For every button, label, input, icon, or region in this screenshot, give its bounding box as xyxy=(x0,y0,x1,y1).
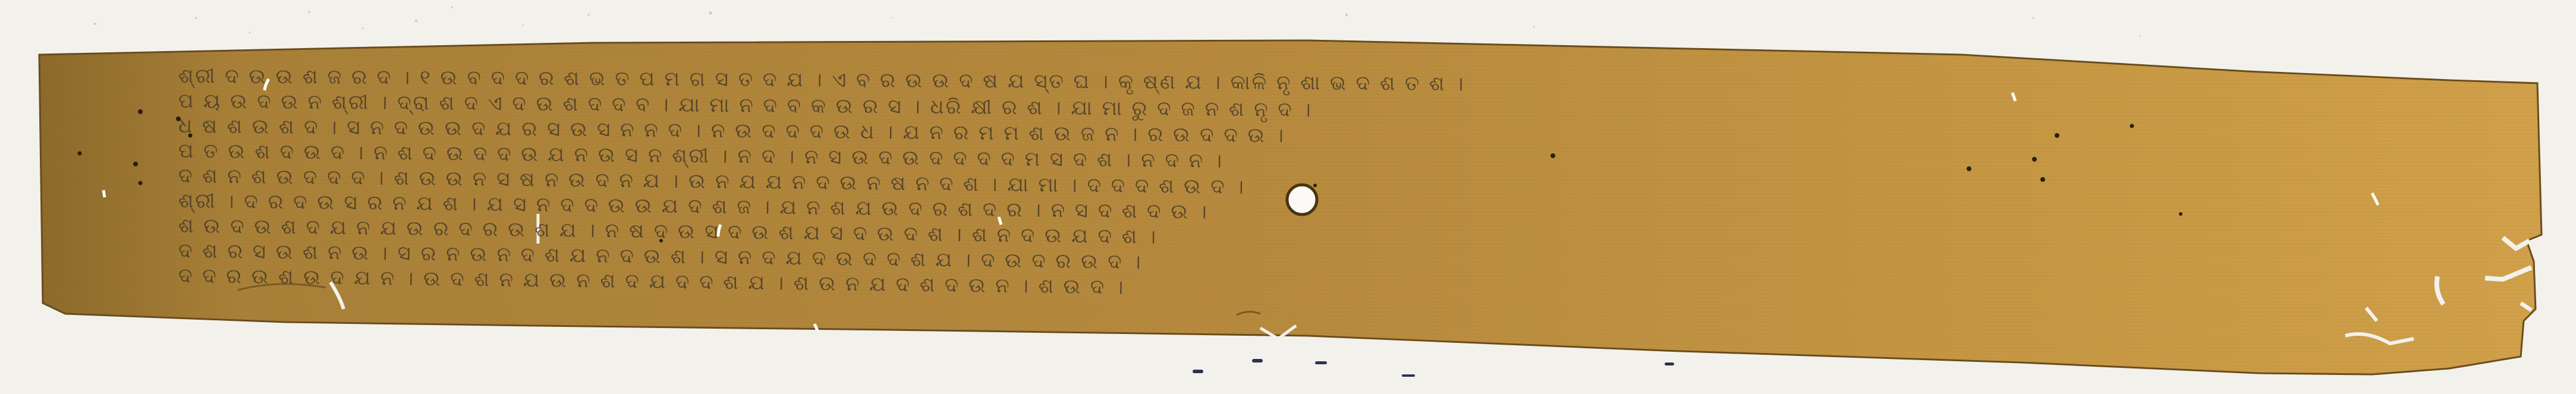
background-ink-mark xyxy=(1193,370,1203,373)
background-ink-mark xyxy=(1315,361,1327,364)
background-ink-mark xyxy=(1402,374,1415,377)
manuscript-photo: ଶ୍ରୀ ଦ ଉ ଉ ଶ ଜ ର ଦ । ୧ ଉ ବ ଦ ଦ ର ଶ ଭ ତ ପ… xyxy=(0,0,2576,394)
background-ink-mark xyxy=(1665,363,1674,365)
background-ink-mark xyxy=(1252,359,1263,363)
